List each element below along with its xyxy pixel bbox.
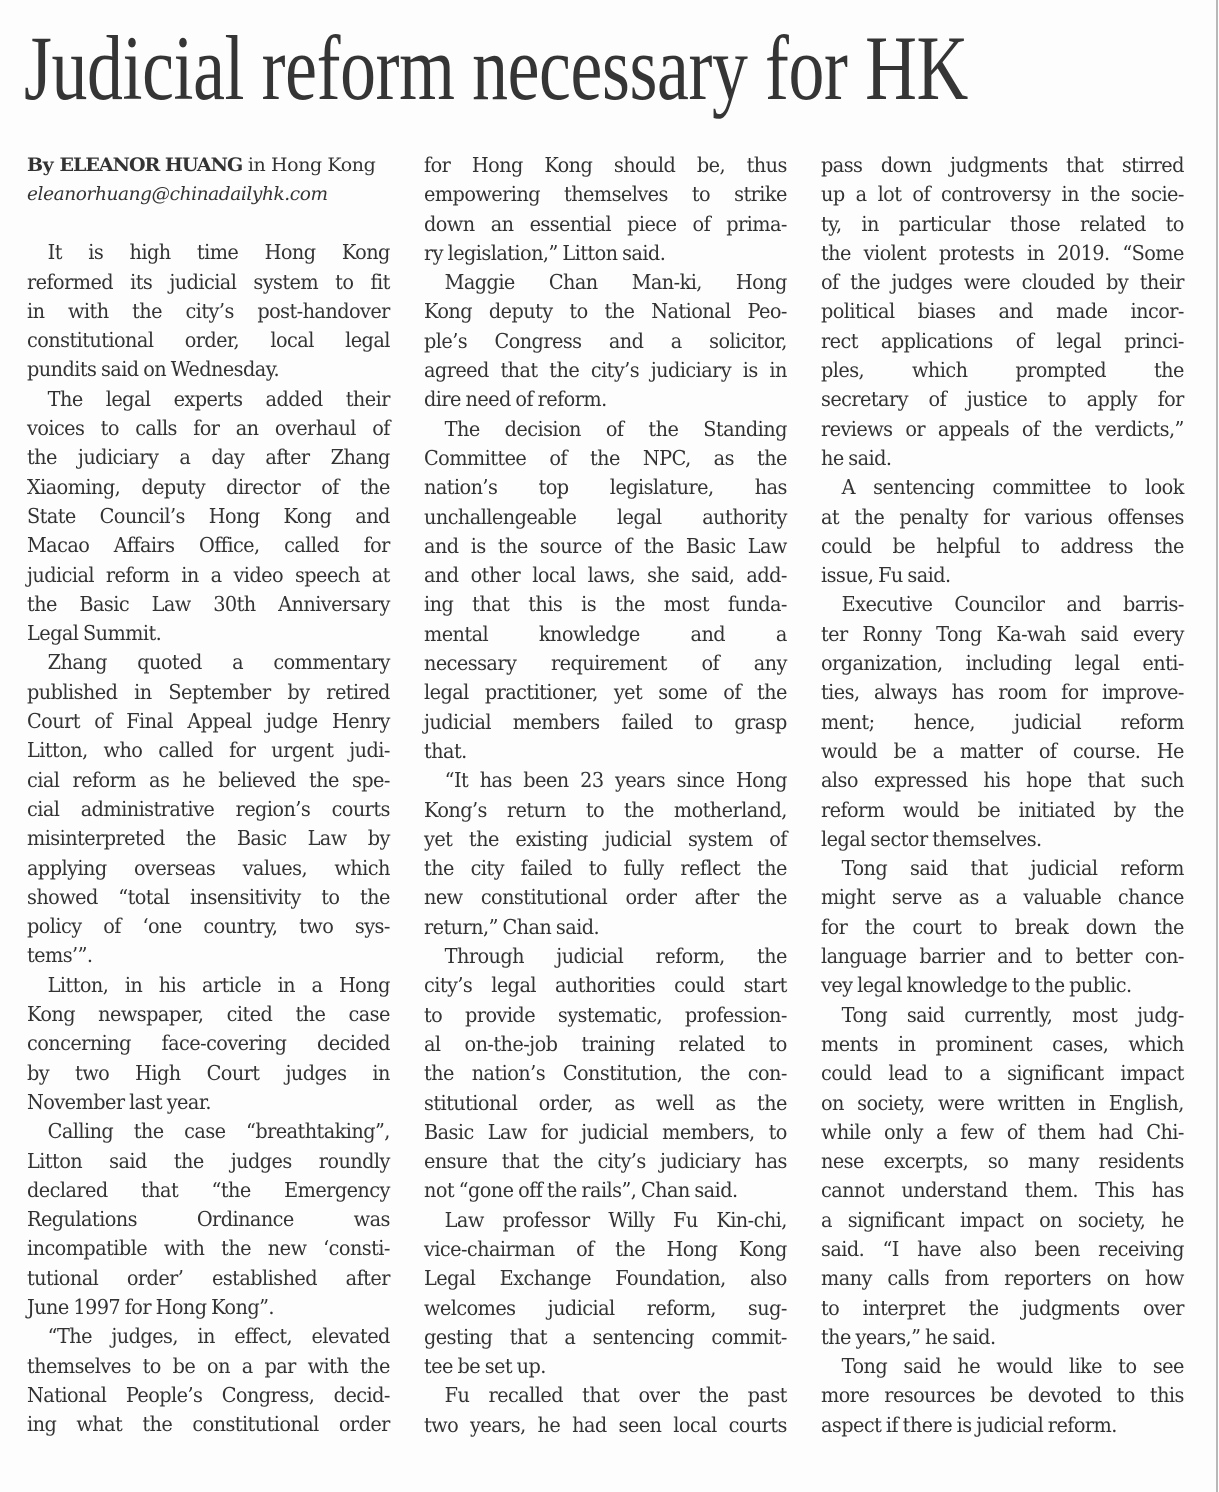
- article-text-line: Xiaoming, deputy director of the: [27, 473, 390, 502]
- article-text-line: the nation’s Constitution, the con-: [424, 1059, 787, 1088]
- article-text-line: Kong newspaper, cited the case: [27, 1000, 390, 1029]
- article-text-line: not “gone off the rails”, Chan said.: [424, 1176, 787, 1205]
- article-text-line: a significant impact on society, he: [821, 1206, 1184, 1235]
- article-text-line: ty, in particular those related to: [821, 210, 1184, 239]
- article-text-line: ple’s Congress and a solicitor,: [424, 327, 787, 356]
- article-column-1: By ELEANOR HUANG in Hong Kong eleanorhua…: [27, 151, 390, 1439]
- byline: By ELEANOR HUANG in Hong Kong: [27, 151, 390, 180]
- article-text-line: on society, were written in English,: [821, 1089, 1184, 1118]
- article-text-line: Macao Affairs Office, called for: [27, 531, 390, 560]
- article-text-line: reform would be initiated by the: [821, 796, 1184, 825]
- article-text-line: reviews or appeals of the verdicts,”: [821, 415, 1184, 444]
- column-rule: [1216, 0, 1218, 1492]
- article-text-line: ing what the constitutional order: [27, 1410, 390, 1439]
- article-text-line: that.: [424, 737, 787, 766]
- article-text-line: secretary of justice to apply for: [821, 385, 1184, 414]
- article-text-line: cannot understand them. This has: [821, 1176, 1184, 1205]
- article-text-line: Litton, in his article in a Hong: [27, 971, 390, 1000]
- article-text-line: ter Ronny Tong Ka-wah said every: [821, 620, 1184, 649]
- article-text-line: ry legislation,” Litton said.: [424, 239, 787, 268]
- article-text-line: he said.: [821, 444, 1184, 473]
- column-body: for Hong Kong should be, thusempowering …: [424, 151, 787, 1440]
- article-text-line: State Council’s Hong Kong and: [27, 502, 390, 531]
- article-text-line: The decision of the Standing: [424, 415, 787, 444]
- byline-location: in Hong Kong: [242, 154, 375, 176]
- article-text-line: cial reform as he believed the spe-: [27, 766, 390, 795]
- article-text-line: language barrier and to better con-: [821, 942, 1184, 971]
- article-text-line: organization, including legal enti-: [821, 649, 1184, 678]
- article-text-line: while only a few of them had Chi-: [821, 1118, 1184, 1147]
- article-column-2: for Hong Kong should be, thusempowering …: [424, 151, 787, 1440]
- article-text-line: tutional order’ established after: [27, 1264, 390, 1293]
- article-text-line: to interpret the judgments over: [821, 1294, 1184, 1323]
- article-text-line: judicial members failed to grasp: [424, 708, 787, 737]
- article-text-line: ing that this is the most funda-: [424, 590, 787, 619]
- article-text-line: and other local laws, she said, add-: [424, 561, 787, 590]
- article-column-3: pass down judgments that stirredup a lot…: [821, 151, 1184, 1440]
- article-text-line: many calls from reporters on how: [821, 1264, 1184, 1293]
- article-text-line: “It has been 23 years since Hong: [424, 766, 787, 795]
- article-text-line: June 1997 for Hong Kong”.: [27, 1293, 390, 1322]
- article-text-line: of the judges were clouded by their: [821, 268, 1184, 297]
- article-text-line: stitutional order, as well as the: [424, 1089, 787, 1118]
- article-text-line: concerning face-covering decided: [27, 1029, 390, 1058]
- article-text-line: mental knowledge and a: [424, 620, 787, 649]
- newspaper-page: Judicial reform necessary for HK By ELEA…: [0, 0, 1219, 1492]
- article-text-line: “The judges, in effect, elevated: [27, 1322, 390, 1351]
- article-text-line: Legal Summit.: [27, 619, 390, 648]
- article-text-line: issue, Fu said.: [821, 561, 1184, 590]
- article-text-line: nese excerpts, so many residents: [821, 1147, 1184, 1176]
- article-text-line: could lead to a significant impact: [821, 1059, 1184, 1088]
- article-text-line: the years,” he said.: [821, 1323, 1184, 1352]
- article-text-line: misinterpreted the Basic Law by: [27, 824, 390, 853]
- article-text-line: ensure that the city’s judiciary has: [424, 1147, 787, 1176]
- article-text-line: judicial reform in a video speech at: [27, 561, 390, 590]
- article-text-line: policy of ‘one country, two sys-: [27, 912, 390, 941]
- article-text-line: would be a matter of course. He: [821, 737, 1184, 766]
- article-text-line: more resources be devoted to this: [821, 1381, 1184, 1410]
- article-text-line: and is the source of the Basic Law: [424, 532, 787, 561]
- article-text-line: Law professor Willy Fu Kin-chi,: [424, 1206, 787, 1235]
- article-text-line: for Hong Kong should be, thus: [424, 151, 787, 180]
- article-text-line: Fu recalled that over the past: [424, 1381, 787, 1410]
- article-text-line: up a lot of controversy in the socie-: [821, 180, 1184, 209]
- article-text-line: incompatible with the new ‘consti-: [27, 1234, 390, 1263]
- article-text-line: Maggie Chan Man-ki, Hong: [424, 268, 787, 297]
- article-text-line: the Basic Law 30th Anniversary: [27, 590, 390, 619]
- article-text-line: Kong’s return to the motherland,: [424, 796, 787, 825]
- article-text-line: nation’s top legislature, has: [424, 473, 787, 502]
- column-body: It is high time Hong Kongreformed its ju…: [27, 238, 390, 1439]
- article-text-line: constitutional order, local legal: [27, 326, 390, 355]
- article-text-line: the city failed to fully reflect the: [424, 854, 787, 883]
- article-text-line: in with the city’s post-handover: [27, 297, 390, 326]
- article-text-line: legal practitioner, yet some of the: [424, 678, 787, 707]
- article-text-line: Tong said that judicial reform: [821, 854, 1184, 883]
- article-text-line: down an essential piece of prima-: [424, 210, 787, 239]
- column-body: pass down judgments that stirredup a lot…: [821, 151, 1184, 1440]
- article-text-line: said. “I have also been receiving: [821, 1235, 1184, 1264]
- article-text-line: reformed its judicial system to fit: [27, 268, 390, 297]
- article-text-line: at the penalty for various offenses: [821, 503, 1184, 532]
- article-text-line: Litton said the judges roundly: [27, 1147, 390, 1176]
- article-text-line: could be helpful to address the: [821, 532, 1184, 561]
- article-text-line: political biases and made incor-: [821, 297, 1184, 326]
- article-text-line: vice-chairman of the Hong Kong: [424, 1235, 787, 1264]
- article-text-line: tems’”.: [27, 941, 390, 970]
- article-text-line: November last year.: [27, 1088, 390, 1117]
- article-text-line: to provide systematic, profession-: [424, 1001, 787, 1030]
- byline-email: eleanorhuang@chinadailyhk.com: [27, 180, 390, 209]
- article-text-line: Court of Final Appeal judge Henry: [27, 707, 390, 736]
- article-text-line: by two High Court judges in: [27, 1059, 390, 1088]
- article-text-line: two years, he had seen local courts: [424, 1411, 787, 1440]
- article-text-line: Zhang quoted a commentary: [27, 648, 390, 677]
- article-text-line: agreed that the city’s judiciary is in: [424, 356, 787, 385]
- article-text-line: yet the existing judicial system of: [424, 825, 787, 854]
- article-text-line: Committee of the NPC, as the: [424, 444, 787, 473]
- article-text-line: National People’s Congress, decid-: [27, 1381, 390, 1410]
- article-text-line: ples, which prompted the: [821, 356, 1184, 385]
- article-text-line: Litton, who called for urgent judi-: [27, 736, 390, 765]
- article-text-line: necessary requirement of any: [424, 649, 787, 678]
- article-text-line: vey legal knowledge to the public.: [821, 971, 1184, 1000]
- article-text-line: Calling the case “breathtaking”,: [27, 1117, 390, 1146]
- article-text-line: ment; hence, judicial reform: [821, 708, 1184, 737]
- article-text-line: might serve as a valuable chance: [821, 883, 1184, 912]
- article-text-line: the judiciary a day after Zhang: [27, 443, 390, 472]
- article-text-line: Tong said currently, most judg-: [821, 1001, 1184, 1030]
- article-text-line: declared that “the Emergency: [27, 1176, 390, 1205]
- byline-spacer: [27, 209, 390, 238]
- article-text-line: pass down judgments that stirred: [821, 151, 1184, 180]
- article-text-line: ments in prominent cases, which: [821, 1030, 1184, 1059]
- article-text-line: city’s legal authorities could start: [424, 971, 787, 1000]
- article-text-line: It is high time Hong Kong: [27, 238, 390, 267]
- article-text-line: cial administrative region’s courts: [27, 795, 390, 824]
- article-text-line: return,” Chan said.: [424, 913, 787, 942]
- article-text-line: tee be set up.: [424, 1352, 787, 1381]
- article-text-line: ties, always has room for improve-: [821, 678, 1184, 707]
- article-text-line: Tong said he would like to see: [821, 1352, 1184, 1381]
- article-text-line: unchallengeable legal authority: [424, 503, 787, 532]
- article-text-line: The legal experts added their: [27, 385, 390, 414]
- headline: Judicial reform necessary for HK: [24, 18, 937, 118]
- article-text-line: pundits said on Wednesday.: [27, 355, 390, 384]
- article-text-line: welcomes judicial reform, sug-: [424, 1294, 787, 1323]
- article-text-line: gesting that a sentencing commit-: [424, 1323, 787, 1352]
- article-text-line: al on-the-job training related to: [424, 1030, 787, 1059]
- article-text-line: also expressed his hope that such: [821, 766, 1184, 795]
- article-text-line: Through judicial reform, the: [424, 942, 787, 971]
- article-text-line: Legal Exchange Foundation, also: [424, 1264, 787, 1293]
- article-text-line: A sentencing committee to look: [821, 473, 1184, 502]
- byline-prefix: By: [27, 154, 60, 176]
- article-text-line: new constitutional order after the: [424, 883, 787, 912]
- byline-author: ELEANOR HUANG: [60, 154, 243, 176]
- article-text-line: showed “total insensitivity to the: [27, 883, 390, 912]
- article-text-line: voices to calls for an overhaul of: [27, 414, 390, 443]
- article-text-line: themselves to be on a par with the: [27, 1352, 390, 1381]
- article-text-line: Regulations Ordinance was: [27, 1205, 390, 1234]
- article-text-line: legal sector themselves.: [821, 825, 1184, 854]
- article-text-line: Basic Law for judicial members, to: [424, 1118, 787, 1147]
- article-text-line: Kong deputy to the National Peo-: [424, 297, 787, 326]
- article-text-line: published in September by retired: [27, 678, 390, 707]
- article-text-line: applying overseas values, which: [27, 854, 390, 883]
- article-text-line: rect applications of legal princi-: [821, 327, 1184, 356]
- article-text-line: the violent protests in 2019. “Some: [821, 239, 1184, 268]
- article-text-line: Executive Councilor and barris-: [821, 590, 1184, 619]
- article-text-line: empowering themselves to strike: [424, 180, 787, 209]
- article-text-line: for the court to break down the: [821, 913, 1184, 942]
- article-text-line: dire need of reform.: [424, 385, 787, 414]
- article-text-line: aspect if there is judicial reform.: [821, 1411, 1184, 1440]
